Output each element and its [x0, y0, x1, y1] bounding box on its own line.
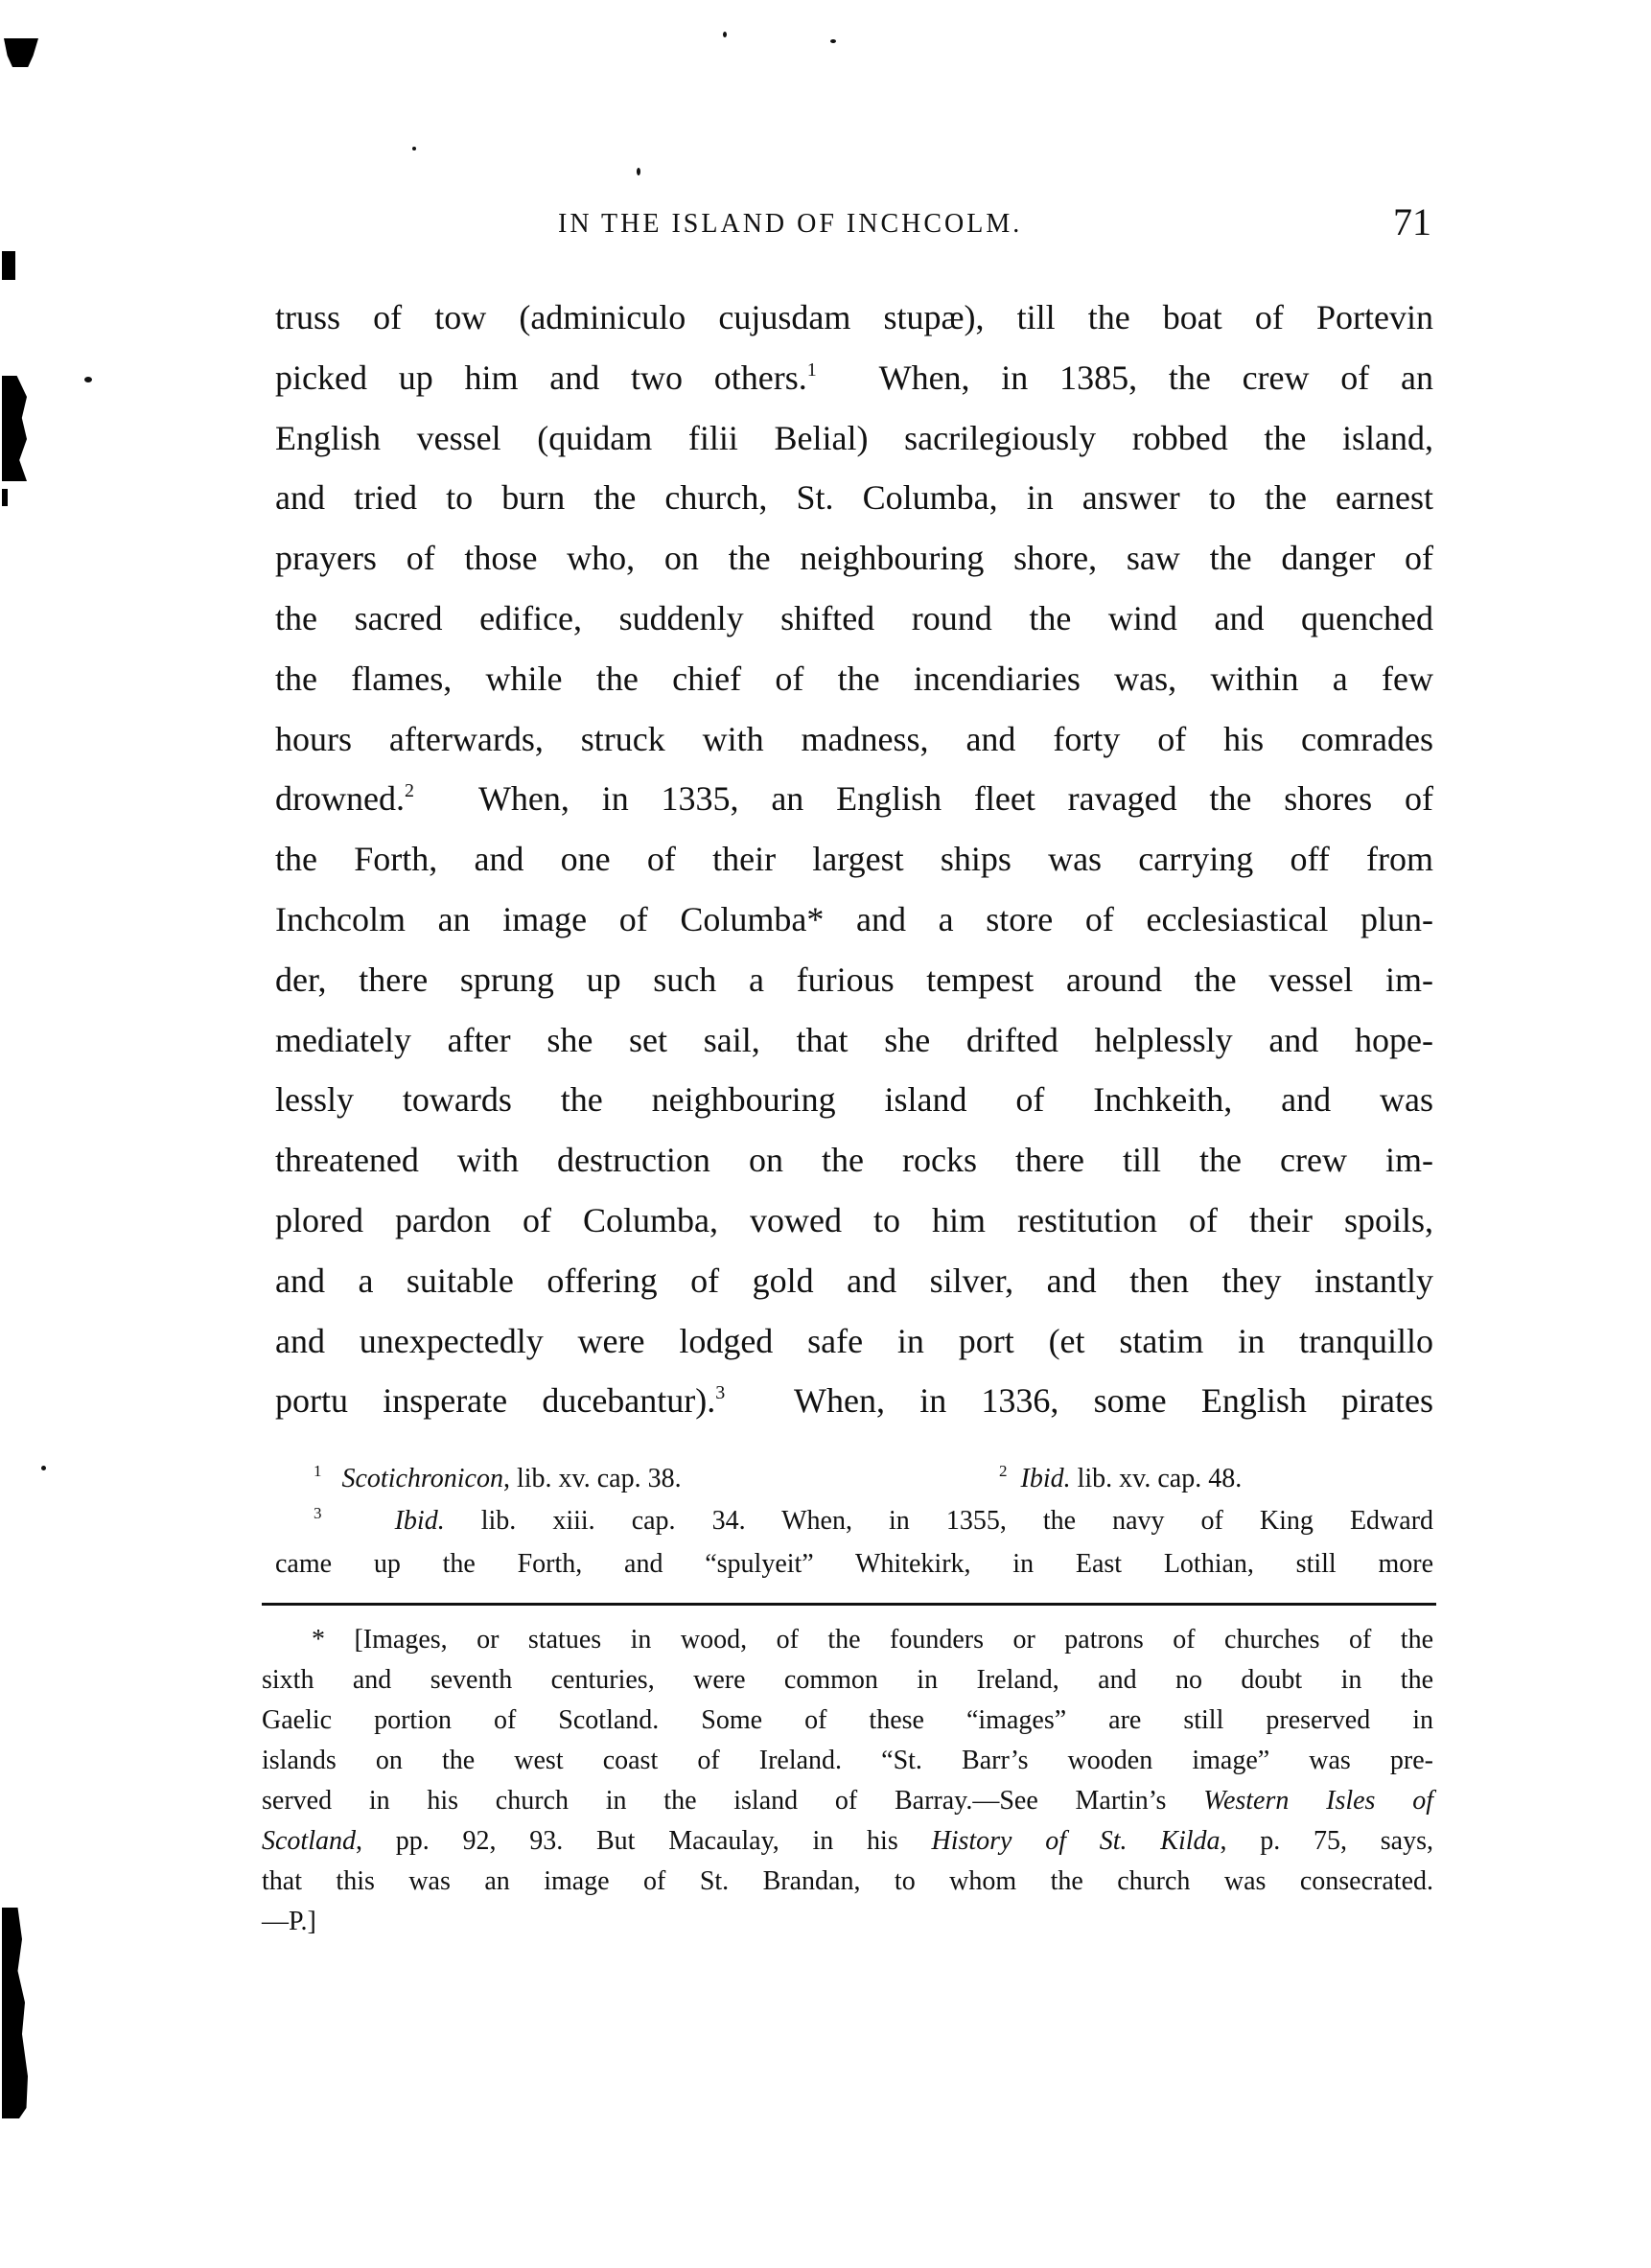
scan-speck [41, 1466, 46, 1470]
editor-note-line: Gaelic portion of Scotland. Some of thes… [262, 1701, 1433, 1741]
body-line: plored pardon of Columba, vowed to him r… [275, 1191, 1433, 1251]
italic-title: Western Isles of [1203, 1786, 1433, 1816]
scan-artifact-mark [2, 251, 15, 280]
body-line: prayers of those who, on the neighbourin… [275, 528, 1433, 589]
footnote-source-title: Ibid. [395, 1506, 445, 1536]
body-line: picked up him and two others.1 When, in … [275, 348, 1433, 408]
body-line: drowned.2 When, in 1335, an English flee… [275, 769, 1433, 829]
body-line: hours afterwards, struck with madness, a… [275, 709, 1433, 770]
footnote-source-title: Ibid. [1021, 1464, 1071, 1493]
footnote-row-1-2: 1 Scotichronicon, lib. xv. cap. 38. 2 Ib… [275, 1457, 1433, 1500]
body-line: and unexpectedly were lodged safe in por… [275, 1311, 1433, 1372]
footnote-citation: lib. xv. cap. 48. [1071, 1464, 1243, 1493]
body-line: and tried to burn the church, St. Columb… [275, 468, 1433, 528]
body-line: portu insperate ducebantur).3 When, in 1… [275, 1371, 1433, 1431]
footnote-separator-rule [262, 1603, 1436, 1606]
body-line: Inchcolm an image of Columba* and a stor… [275, 890, 1433, 950]
scan-artifact-bottom [2, 1908, 31, 2118]
scan-speck [412, 147, 416, 150]
editor-note-line: islands on the west coast of Ireland. “S… [262, 1741, 1433, 1781]
footnote-marker: 1 [314, 1462, 322, 1480]
body-line: lessly towards the neighbouring island o… [275, 1070, 1433, 1130]
body-line: der, there sprung up such a furious temp… [275, 950, 1433, 1010]
footnote-1: 1 Scotichronicon, lib. xv. cap. 38. [314, 1457, 682, 1500]
footnote-marker: 2 [999, 1462, 1008, 1480]
editor-note-line: —P.] [262, 1902, 1433, 1942]
body-line: and a suitable offering of gold and silv… [275, 1251, 1433, 1311]
body-line: the flames, while the chief of the incen… [275, 649, 1433, 709]
footnote-marker: 3 [314, 1504, 322, 1522]
body-line: threatened with destruction on the rocks… [275, 1130, 1433, 1191]
footnote-source-title: Scotichronicon [342, 1464, 503, 1493]
editor-note-line: sixth and seventh centuries, were common… [262, 1660, 1433, 1701]
editor-note-line: that this was an image of St. Brandan, t… [262, 1862, 1433, 1902]
footnote-2: 2 Ibid. lib. xv. cap. 48. [999, 1457, 1242, 1500]
scan-speck [723, 32, 727, 37]
editor-note-line: Scotland, pp. 92, 93. But Macaulay, in h… [262, 1821, 1433, 1862]
footnote-3-continuation: came up the Forth, and “spulyeit” Whitek… [275, 1542, 1433, 1585]
body-line: English vessel (quidam filii Belial) sac… [275, 408, 1433, 469]
footnote-citation: lib. xiii. cap. 34. When, in 1355, the n… [445, 1506, 1433, 1536]
body-line: the Forth, and one of their largest ship… [275, 829, 1433, 890]
italic-title: Scotland [262, 1826, 356, 1856]
footnote-3: 3 Ibid. lib. xiii. cap. 34. When, in 135… [314, 1499, 1433, 1542]
footnote-reference: 1 [807, 359, 817, 381]
editor-note-line: * [Images, or statues in wood, of the fo… [312, 1620, 1433, 1660]
editor-note-line: served in his church in the island of Ba… [262, 1781, 1433, 1821]
body-line: truss of tow (adminiculo cujusdam stupæ)… [275, 288, 1433, 348]
running-title: IN THE ISLAND OF INCHCOLM. [558, 209, 1022, 240]
scan-speck [637, 168, 640, 175]
running-header: IN THE ISLAND OF INCHCOLM. 71 [275, 199, 1435, 242]
scan-artifact-margin [2, 376, 27, 481]
scan-artifact-mark [2, 489, 8, 506]
page-number: 71 [1393, 199, 1431, 244]
scan-artifact-top [4, 38, 38, 67]
book-page: IN THE ISLAND OF INCHCOLM. 71 truss of t… [0, 0, 1651, 2268]
footnote-citation: , lib. xv. cap. 38. [503, 1464, 682, 1493]
footnote-reference: 3 [715, 1382, 725, 1403]
scan-speck [830, 39, 836, 43]
body-line: the sacred edifice, suddenly shifted rou… [275, 589, 1433, 649]
footnote-reference: 2 [405, 780, 414, 801]
body-line: mediately after she set sail, that she d… [275, 1010, 1433, 1071]
italic-title: History of St. Kilda [931, 1826, 1220, 1856]
scan-speck [84, 377, 92, 382]
